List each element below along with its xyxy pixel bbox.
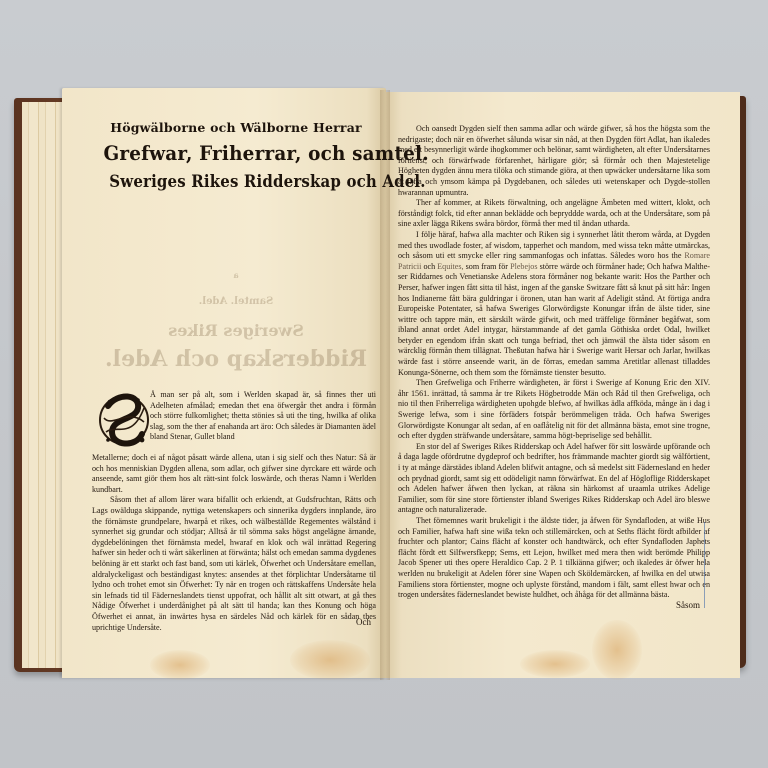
water-stain <box>290 640 370 680</box>
show-through-text: Sweriges Rikes <box>92 321 380 340</box>
paragraph: Thet förnemnes warit brukeligit i the äl… <box>398 516 710 601</box>
latin-term: Equites, <box>437 262 463 271</box>
text-span: och <box>423 262 435 271</box>
water-stain <box>520 650 590 678</box>
paragraph: En stor del af Sweriges Rikes Ridderskap… <box>398 442 710 516</box>
dedication-heading-line3: Sweriges Rikes Ridderskap och Adel. <box>109 172 362 192</box>
water-stain <box>150 650 210 680</box>
show-through-text: a <box>92 270 380 280</box>
latin-term: Plebejos <box>510 262 537 271</box>
paragraph: Then Grefweliga och Friherre wärdigheten… <box>398 378 710 442</box>
paragraph: Ther af kommer, at Rikets förwaltning, o… <box>398 198 710 230</box>
show-through-text: Samtel. Adel. <box>92 296 380 307</box>
paragraph: Metallerne; doch ei af något påsatt wärd… <box>92 453 376 495</box>
right-body-text: Och oansedt Dygden sielf then samma adla… <box>398 124 710 601</box>
paragraph: I följe häraf, hafwa alla machter och Ri… <box>398 230 710 378</box>
ornamental-dropcap-icon <box>98 388 150 452</box>
text-span: som fram för <box>466 262 508 271</box>
text-span: I följe häraf, hafwa alla machter och Ri… <box>398 230 710 260</box>
dedication-heading-line1: Högwälborne och Wälborne Herrar <box>92 120 380 135</box>
left-body-text: Metallerne; doch ei af något påsatt wärd… <box>92 453 376 633</box>
pencil-margin-mark <box>704 522 705 608</box>
show-through-text: Ridderskap och Adel. <box>92 346 380 372</box>
catchword-right: Såsom <box>676 600 700 610</box>
paragraph: Såsom thet af allom lärer wara bifallit … <box>92 495 376 633</box>
water-stain <box>592 620 642 680</box>
text-span: större wärde och förmåner hade; Och hafw… <box>398 262 710 377</box>
catchword-left: Och <box>356 617 371 627</box>
paragraph: Och oansedt Dygden sielf then samma adla… <box>398 124 710 198</box>
photo-scene: Högwälborne och Wälborne Herrar Grefwar,… <box>0 0 768 768</box>
left-intro-paragraph: Å man ser på alt, som i Werlden skapad ä… <box>150 390 376 443</box>
dedication-heading-line2: Grefwar, Friherrar, och samtel. <box>104 141 369 165</box>
